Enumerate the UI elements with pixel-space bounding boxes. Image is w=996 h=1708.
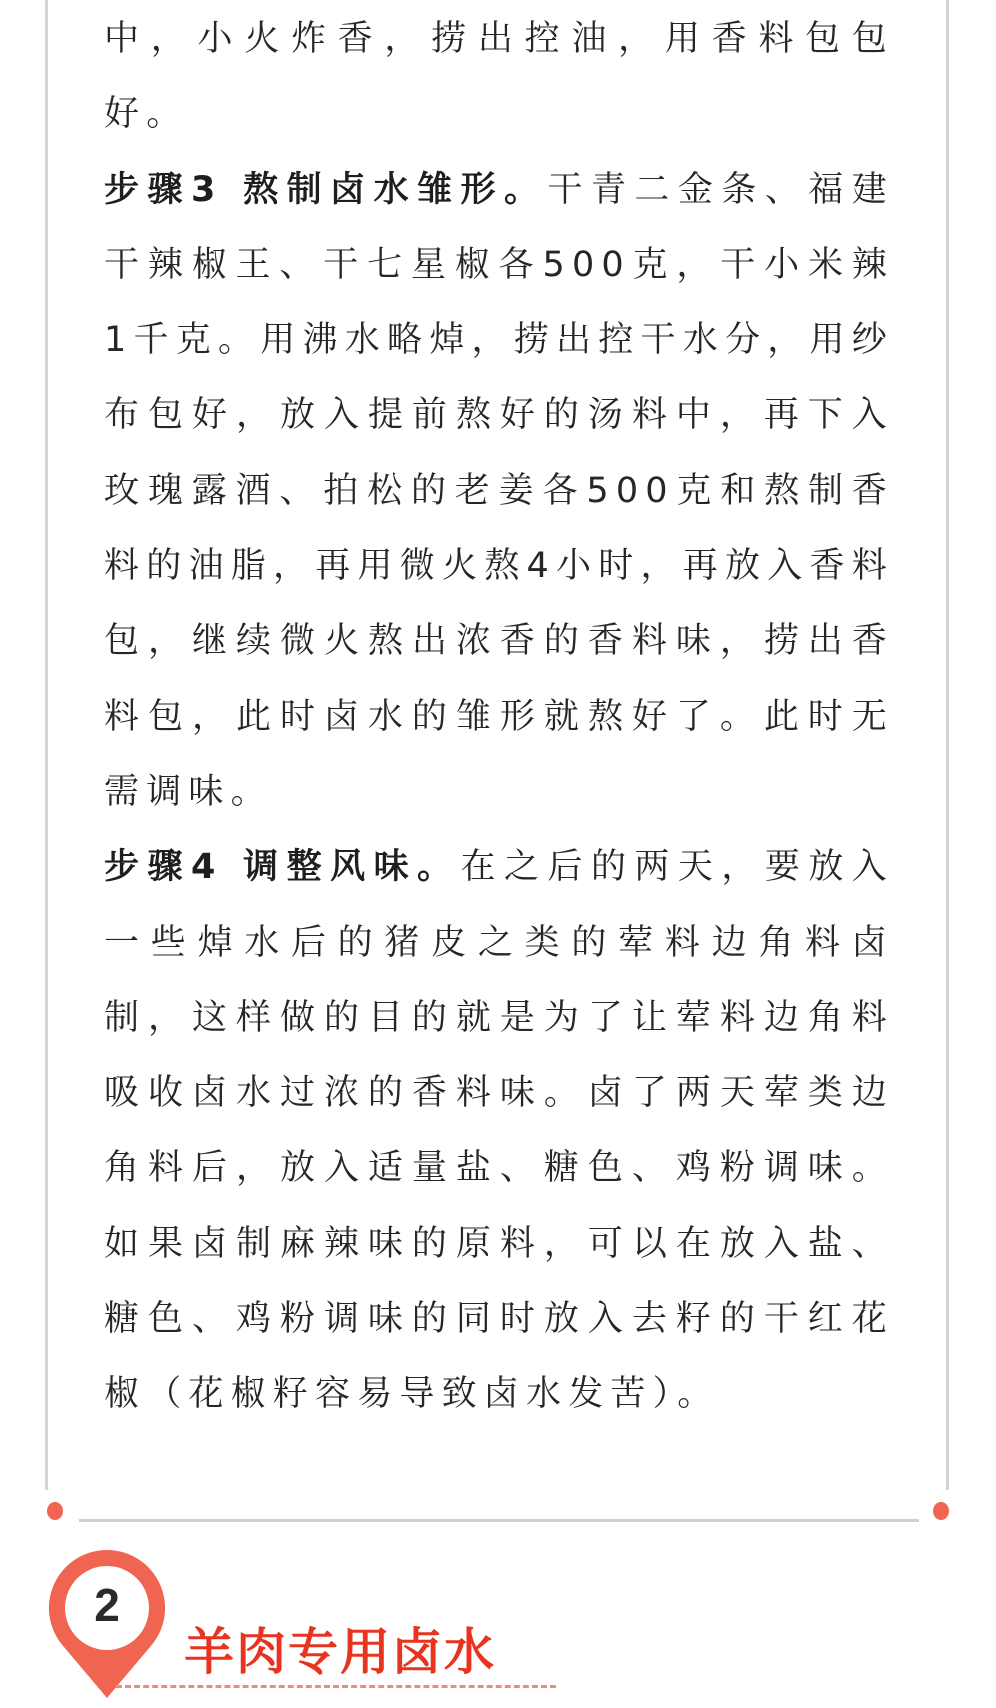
article-body: 中，小火炸香，捞出控油，用香料包包好。 步骤3 熬制卤水雏形。干青二金条、福建干… (104, 2, 894, 1433)
step-4-heading: 步骤4 调整风味。 (104, 847, 461, 887)
paragraph-step-3: 步骤3 熬制卤水雏形。干青二金条、福建干辣椒王、干七星椒各500克，干小米辣1千… (104, 153, 894, 831)
paragraph-1: 中，小火炸香，捞出控油，用香料包包好。 (104, 2, 894, 153)
section-number: 2 (47, 1578, 167, 1632)
paragraph-step-4: 步骤4 调整风味。在之后的两天，要放入一些焯水后的猪皮之类的荤料边角料卤制，这样… (104, 830, 894, 1432)
left-dot-ornament (47, 1502, 63, 1520)
right-dot-ornament (933, 1502, 949, 1520)
title-dashed-underline (116, 1685, 556, 1688)
step-3-heading: 步骤3 熬制卤水雏形。 (104, 170, 547, 210)
divider-rule (79, 1519, 919, 1522)
section-title: 羊肉专用卤水 (184, 1612, 496, 1684)
